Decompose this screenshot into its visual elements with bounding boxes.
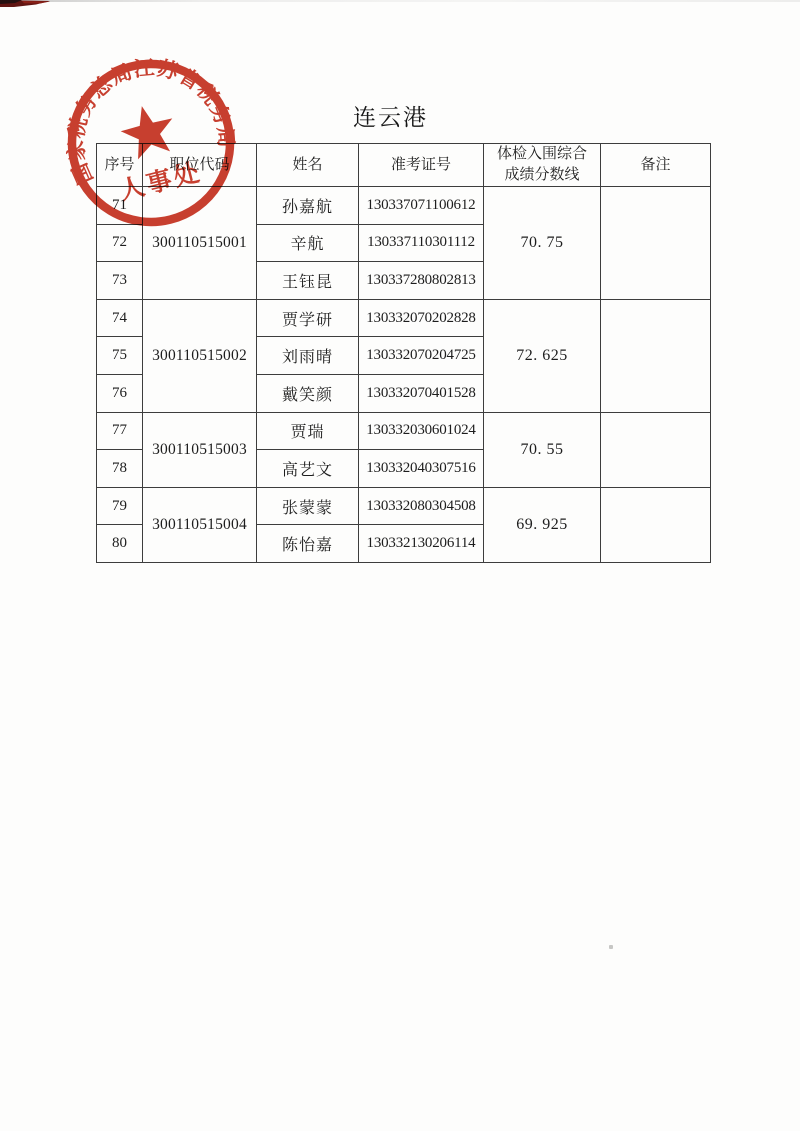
cell-name: 辛航 xyxy=(257,224,359,262)
cell-seq: 73 xyxy=(97,262,143,300)
cell-seq: 74 xyxy=(97,299,143,337)
cell-seq: 78 xyxy=(97,450,143,488)
cell-remark xyxy=(601,299,711,412)
table-row: 77 300110515003 贾瑞 130332030601024 70. 5… xyxy=(97,412,711,450)
header-name: 姓名 xyxy=(257,144,359,187)
cell-remark xyxy=(601,487,711,562)
cell-name: 刘雨晴 xyxy=(257,337,359,375)
cell-seq: 76 xyxy=(97,374,143,412)
cell-ticket: 130337110301112 xyxy=(359,224,484,262)
cell-ticket: 130332080304508 xyxy=(359,487,484,525)
cell-ticket: 130337071100612 xyxy=(359,187,484,225)
cell-ticket: 130332070202828 xyxy=(359,299,484,337)
cell-ticket: 130332070401528 xyxy=(359,374,484,412)
star-icon xyxy=(116,100,180,162)
header-remark: 备注 xyxy=(601,144,711,187)
seal-dept-text: 人事处 xyxy=(117,158,205,205)
cell-code: 300110515003 xyxy=(143,412,257,487)
scanned-page: 连云港 序号 职位代码 姓名 准考证号 体检入围综合 成绩分数线 备注 71 xyxy=(0,0,800,1131)
cell-score: 70. 75 xyxy=(484,187,601,300)
cell-ticket: 130332030601024 xyxy=(359,412,484,450)
table-row: 74 300110515002 贾学研 130332070202828 72. … xyxy=(97,299,711,337)
cell-name: 孙嘉航 xyxy=(257,187,359,225)
cell-name: 张蒙蒙 xyxy=(257,487,359,525)
cell-score: 69. 925 xyxy=(484,487,601,562)
cell-name: 贾瑞 xyxy=(257,412,359,450)
corner-ink-artifact xyxy=(0,0,70,14)
header-score: 体检入围综合 成绩分数线 xyxy=(484,144,601,187)
cell-code: 300110515002 xyxy=(143,299,257,412)
cell-name: 高艺文 xyxy=(257,450,359,488)
cell-seq: 80 xyxy=(97,525,143,563)
cell-ticket: 130332070204725 xyxy=(359,337,484,375)
header-score-line2: 成绩分数线 xyxy=(484,165,600,186)
cell-code: 300110515004 xyxy=(143,487,257,562)
cell-remark xyxy=(601,412,711,487)
table-row: 79 300110515004 张蒙蒙 130332080304508 69. … xyxy=(97,487,711,525)
cell-seq: 79 xyxy=(97,487,143,525)
cell-ticket: 130337280802813 xyxy=(359,262,484,300)
scan-edge-artifact xyxy=(0,0,800,2)
cell-name: 陈怡嘉 xyxy=(257,525,359,563)
cell-ticket: 130332040307516 xyxy=(359,450,484,488)
cell-name: 王钰昆 xyxy=(257,262,359,300)
header-ticket: 准考证号 xyxy=(359,144,484,187)
cell-remark xyxy=(601,187,711,300)
cell-seq: 77 xyxy=(97,412,143,450)
scan-speck-artifact xyxy=(609,945,613,949)
cell-ticket: 130332130206114 xyxy=(359,525,484,563)
cell-seq: 75 xyxy=(97,337,143,375)
cell-name: 戴笑颜 xyxy=(257,374,359,412)
cell-score: 72. 625 xyxy=(484,299,601,412)
cell-score: 70. 55 xyxy=(484,412,601,487)
official-seal: 国家税务总局江苏省税务局 人事处 xyxy=(56,48,246,238)
cell-name: 贾学研 xyxy=(257,299,359,337)
header-score-line1: 体检入围综合 xyxy=(484,144,600,165)
